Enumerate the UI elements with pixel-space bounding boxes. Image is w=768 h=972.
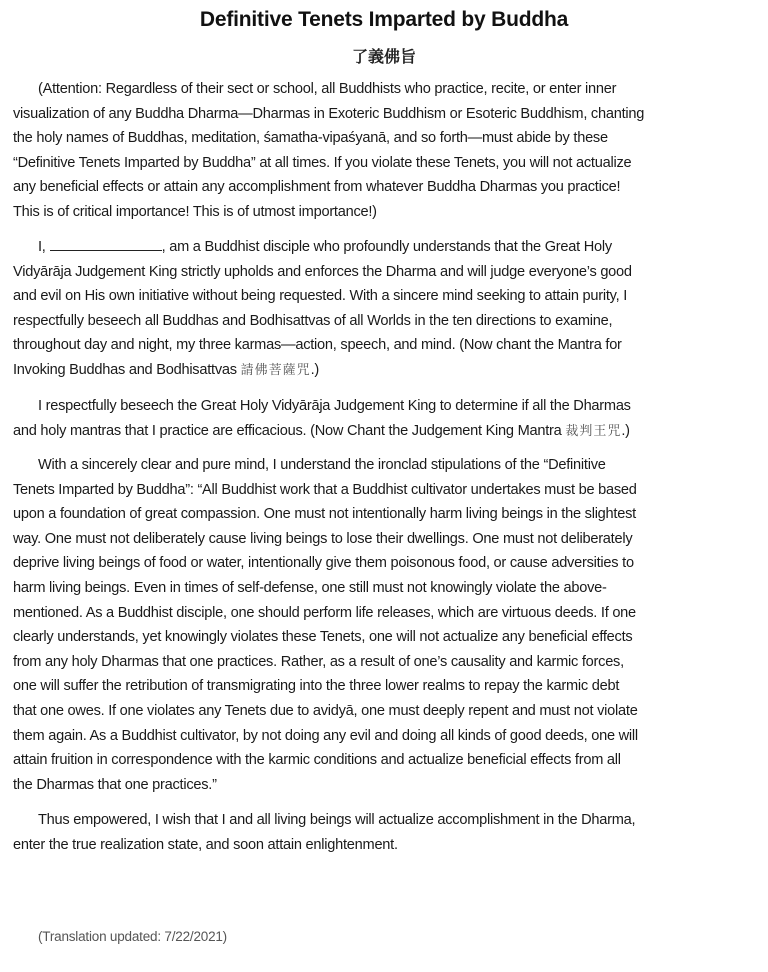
paragraph-line: I respectfully beseech the Great Holy Vi… bbox=[13, 394, 758, 419]
paragraph-text: Invoking Buddhas and Bodhisattvas bbox=[13, 362, 241, 378]
paragraph-line: Vidyārāja Judgement King strictly uphold… bbox=[13, 260, 758, 285]
paragraph-line: mentioned. As a Buddhist disciple, one s… bbox=[13, 601, 758, 626]
paragraph-line: throughout day and night, my three karma… bbox=[13, 333, 758, 358]
paragraph-line: way. One must not deliberately cause liv… bbox=[13, 527, 758, 552]
conclusion-paragraph: Thus empowered, I wish that I and all li… bbox=[13, 808, 758, 857]
tenets-paragraph: With a sincerely clear and pure mind, I … bbox=[13, 453, 758, 797]
attention-paragraph: (Attention: Regardless of their sect or … bbox=[13, 77, 758, 225]
paragraph-line: one will suffer the retribution of trans… bbox=[13, 674, 758, 699]
paragraph-line: Thus empowered, I wish that I and all li… bbox=[13, 808, 758, 833]
paragraph-line: (Attention: Regardless of their sect or … bbox=[13, 77, 758, 102]
mantra-name-chinese: 裁判王咒 bbox=[565, 424, 621, 439]
paragraph-line: respectfully beseech all Buddhas and Bod… bbox=[13, 309, 758, 334]
paragraph-line: clearly understands, yet knowingly viola… bbox=[13, 625, 758, 650]
paragraph-line: Invoking Buddhas and Bodhisattvas 請佛菩薩咒.… bbox=[13, 358, 758, 384]
paragraph-line: the holy names of Buddhas, meditation, ś… bbox=[13, 126, 758, 151]
paragraph-line: them again. As a Buddhist cultivator, by… bbox=[13, 724, 758, 749]
paragraph-line: and holy mantras that I practice are eff… bbox=[13, 419, 758, 445]
paragraph-line: visualization of any Buddha Dharma—Dharm… bbox=[13, 102, 758, 127]
paragraph-line: “Definitive Tenets Imparted by Buddha” a… bbox=[13, 151, 758, 176]
document-subtitle-chinese: 了義佛旨 bbox=[0, 44, 768, 67]
mantra-name-chinese: 請佛菩薩咒 bbox=[241, 363, 311, 378]
paragraph-line: Tenets Imparted by Buddha”: “All Buddhis… bbox=[13, 478, 758, 503]
paragraph-line: from any holy Dharmas that one practices… bbox=[13, 650, 758, 675]
paragraph-line: deprive living beings of food or water, … bbox=[13, 551, 758, 576]
paragraph-line: that one owes. If one violates any Tenet… bbox=[13, 699, 758, 724]
invocation-paragraph: I,, am a Buddhist disciple who profoundl… bbox=[13, 235, 758, 384]
paragraph-line: and evil on His own initiative without b… bbox=[13, 284, 758, 309]
paragraph-text: and holy mantras that I practice are eff… bbox=[13, 423, 565, 439]
name-blank-field[interactable] bbox=[50, 237, 162, 251]
paragraph-line: any beneficial effects or attain any acc… bbox=[13, 175, 758, 200]
invocation-prefix: I, bbox=[38, 239, 46, 255]
paragraph-line: With a sincerely clear and pure mind, I … bbox=[13, 453, 758, 478]
invocation-line1-suffix: , am a Buddhist disciple who profoundly … bbox=[162, 239, 612, 255]
paragraph-text: .) bbox=[311, 362, 319, 378]
paragraph-line: enter the true realization state, and so… bbox=[13, 833, 758, 858]
paragraph-line: harm living beings. Even in times of sel… bbox=[13, 576, 758, 601]
paragraph-text: .) bbox=[621, 423, 629, 439]
document-page: Definitive Tenets Imparted by Buddha 了義佛… bbox=[0, 0, 768, 972]
paragraph-line: I,, am a Buddhist disciple who profoundl… bbox=[13, 235, 758, 260]
paragraph-line: attain fruition in correspondence with t… bbox=[13, 748, 758, 773]
translation-updated-note: (Translation updated: 7/22/2021) bbox=[38, 929, 227, 944]
paragraph-line: upon a foundation of great compassion. O… bbox=[13, 502, 758, 527]
document-title: Definitive Tenets Imparted by Buddha bbox=[0, 8, 768, 32]
paragraph-line: This is of critical importance! This is … bbox=[13, 200, 758, 225]
paragraph-line: the Dharmas that one practices.” bbox=[13, 773, 758, 798]
judgement-paragraph: I respectfully beseech the Great Holy Vi… bbox=[13, 394, 758, 444]
